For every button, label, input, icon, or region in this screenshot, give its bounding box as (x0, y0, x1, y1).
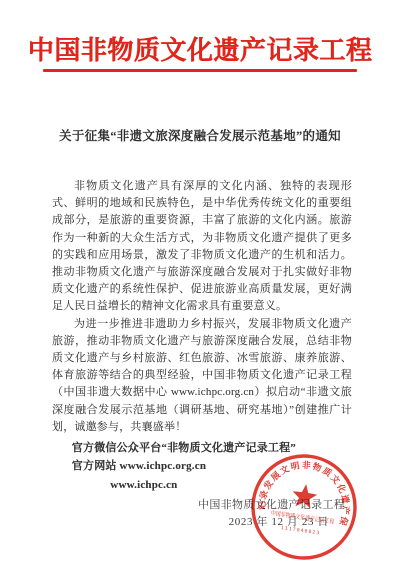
signature-date: 2023 年 12 月 23 日 (0, 513, 329, 532)
contact-wechat: 官方微信公众平台“非物质文化遗产记录工程” (52, 439, 352, 457)
masthead: 中国非物质文化遗产记录工程 (0, 0, 400, 72)
masthead-underline (43, 69, 357, 72)
document-page: 中国非物质文化遗产记录工程 关于征集“非遗文旅深度融合发展示范基地”的通知 非物… (0, 0, 400, 566)
paragraph-2: 为进一步推进非遗助力乡村振兴，发展非物质文化遗产旅游，推动非物质文化遗产与旅游深… (52, 316, 352, 436)
signature-org: 中国非物质文化遗产记录工程 (0, 497, 345, 513)
contact-website-short: www.ichpc.cn (52, 476, 352, 494)
body-text: 非物质文化遗产具有深厚的文化内涵、独特的表现形式、鲜明的地域和民族特色，是中华优… (52, 178, 352, 436)
signature-block: 中国非物质文化遗产记录工程 2023 年 12 月 23 日 (0, 497, 345, 532)
doc-title: 关于征集“非遗文旅深度融合发展示范基地”的通知 (0, 126, 400, 144)
masthead-title: 中国非物质文化遗产记录工程 (28, 36, 373, 66)
contacts: 官方微信公众平台“非物质文化遗产记录工程” 官方网站 www.ichpc.org… (52, 439, 352, 494)
paragraph-1: 非物质文化遗产具有深厚的文化内涵、独特的表现形式、鲜明的地域和民族特色，是中华优… (52, 178, 352, 316)
contact-website: 官方网站 www.ichpc.org.cn (52, 457, 352, 475)
